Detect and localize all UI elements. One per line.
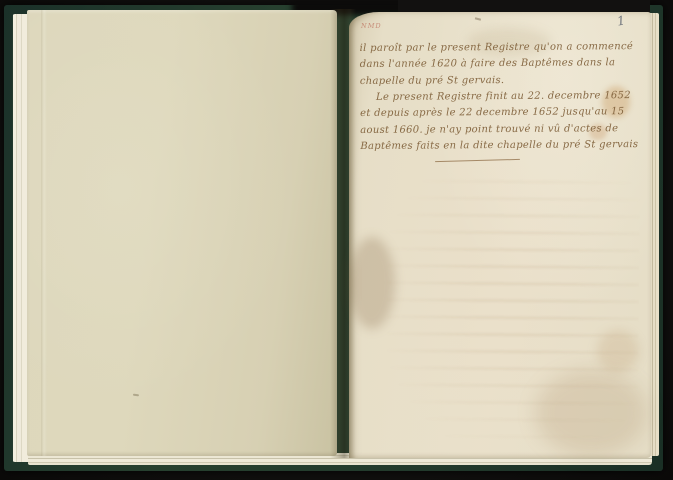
manuscript-line: il paroît par le present Registre qu'on … — [360, 39, 652, 57]
manuscript-line: Le present Registre finit au 22. decembr… — [360, 88, 652, 106]
page-crease — [41, 10, 47, 456]
archive-mark: NMD — [361, 22, 382, 30]
ink-speck — [133, 394, 139, 396]
manuscript-line: chapelle du pré St gervais. — [360, 72, 652, 90]
manuscript-line: Baptêmes faits en la dite chapelle du pr… — [360, 137, 652, 155]
folio-number: 1 — [616, 12, 626, 28]
manuscript-note: il paroît par le present Registre qu'on … — [360, 39, 653, 155]
ink-speck — [475, 17, 481, 20]
manuscript-right-page: NMD 1 il paroît par le present Registre … — [349, 12, 651, 458]
scan-viewport: NMD 1 il paroît par le present Registre … — [0, 0, 673, 480]
blank-left-page — [27, 10, 337, 456]
manuscript-line: dans l'année 1620 à faire des Baptêmes d… — [360, 55, 652, 73]
book-gutter — [330, 9, 356, 458]
ink-bleedthrough — [386, 174, 640, 450]
ink-underline — [435, 159, 520, 162]
manuscript-line: et depuis après le 22 decembre 1652 jusq… — [360, 104, 652, 122]
page-edges-left — [12, 14, 28, 462]
manuscript-line: aoust 1660. je n'ay point trouvé ni vû d… — [360, 121, 652, 139]
